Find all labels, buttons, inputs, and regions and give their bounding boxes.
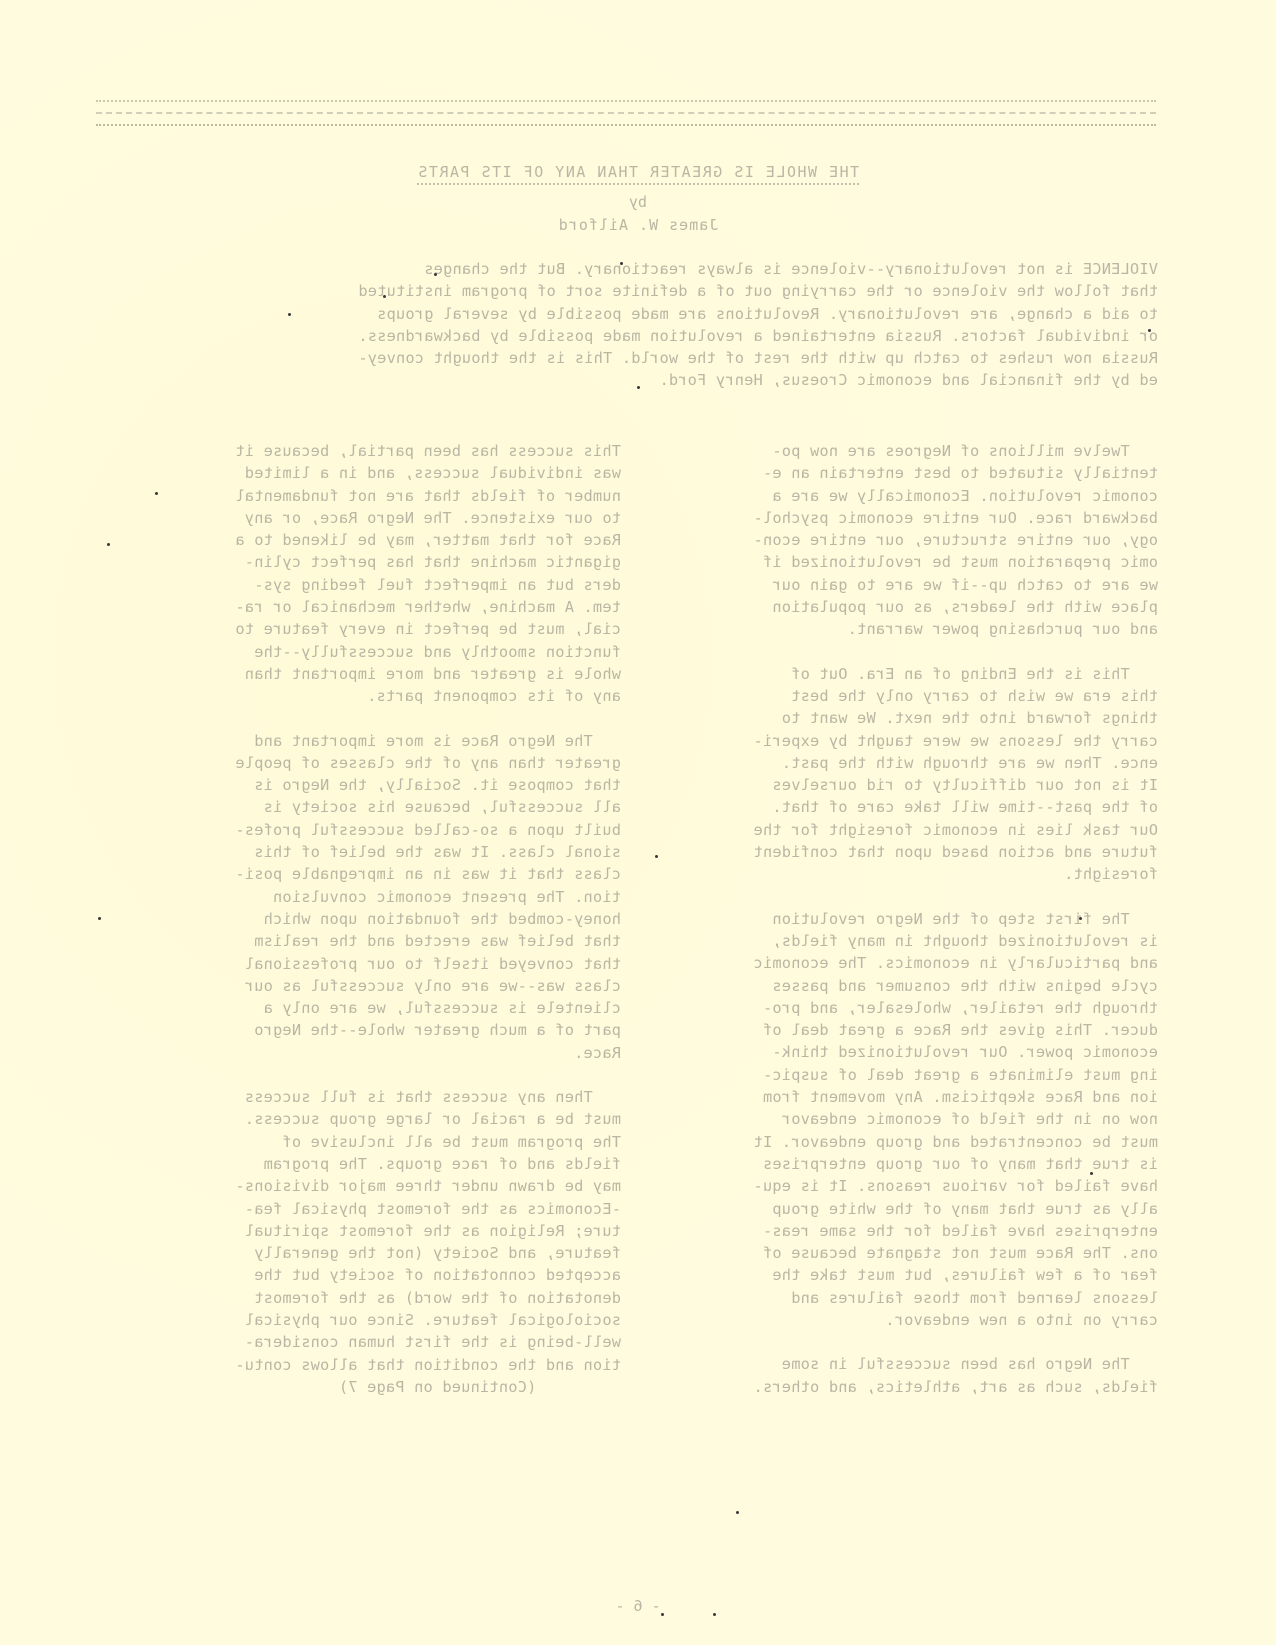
ink-speck — [434, 273, 437, 276]
paragraph: The first step of the Negro revolution i… — [638, 908, 1158, 1332]
paragraph: This is the Ending of an Era. Out of thi… — [638, 663, 1158, 886]
header-rule — [96, 112, 1156, 114]
page-number: - 6 - — [0, 1597, 1276, 1615]
paragraph: Then any success that is full success mu… — [101, 1086, 621, 1398]
mirrored-text-layer: THE WHOLE IS GREATER THAN ANY OF ITS PAR… — [0, 0, 1276, 1645]
byline: by — [0, 193, 1276, 211]
ink-speck — [155, 492, 158, 495]
header-rule — [96, 124, 1156, 126]
right-column: This success has been partial, because i… — [101, 440, 621, 1420]
ink-speck — [655, 855, 658, 858]
paragraph: This success has been partial, because i… — [101, 440, 621, 708]
ink-speck — [661, 1613, 664, 1616]
paragraph: The Negro Race is more important and gre… — [101, 730, 621, 1064]
paragraph: The Negro has been successful in some fi… — [638, 1353, 1158, 1398]
author-name: James W. Ailford — [0, 216, 1276, 234]
ink-speck — [1090, 1172, 1093, 1175]
article-title: THE WHOLE IS GREATER THAN ANY OF ITS PAR… — [0, 163, 1276, 181]
article-title-text: THE WHOLE IS GREATER THAN ANY OF ITS PAR… — [417, 163, 859, 185]
ink-speck — [713, 1613, 716, 1616]
header-rule — [96, 100, 1156, 102]
ink-speck — [383, 295, 386, 298]
intro-paragraph: VIOLENCE is not revolutionary--violence … — [118, 258, 1158, 392]
paragraph: Twelve millions of Negroes are now po- t… — [638, 440, 1158, 641]
ink-speck — [1079, 917, 1082, 920]
ink-speck — [107, 543, 110, 546]
left-column: Twelve millions of Negroes are now po- t… — [638, 440, 1158, 1420]
ink-speck — [288, 313, 291, 316]
ink-speck — [637, 386, 640, 389]
ink-speck — [620, 262, 623, 265]
ink-speck — [1148, 329, 1151, 332]
ink-speck — [98, 917, 101, 920]
ink-speck — [736, 1511, 739, 1514]
